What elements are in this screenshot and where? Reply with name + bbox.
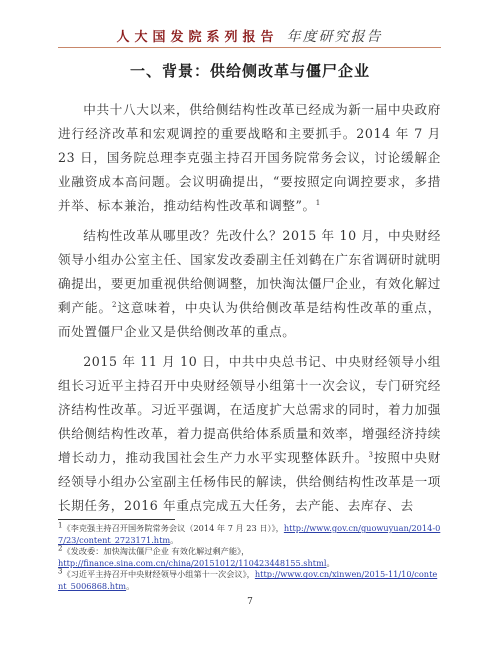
section-title: 一、背景：供给侧改革与僵尸企业 — [0, 61, 500, 81]
footnote-item: 2《发改委：加快淘汰僵尸企业 有效化解过剩产能》，http://finance.… — [58, 546, 441, 569]
footnote-link[interactable]: http://finance.sina.com.cn/china/2015101… — [58, 558, 326, 568]
footnote-text: 《发改委：加快淘汰僵尸企业 有效化解过剩产能》， — [62, 546, 249, 556]
footnote-separator — [58, 519, 175, 520]
document-page: 人大国发院系列报告年度研究报告 一、背景：供给侧改革与僵尸企业 中共十八大以来，… — [0, 0, 500, 647]
footnote-text: 《李克强主持召开国务院常务会议（2014 年 7 月 23 日）》， — [62, 523, 283, 533]
paragraph-text: 中共十八大以来，供给侧结构性改革已经成为新一届中央政府进行经济改革和宏观调控的重… — [58, 102, 441, 213]
footnote-text: 《习近平主持召开中央财经领导小组第十一次会议》， — [62, 569, 254, 579]
header-divider — [58, 47, 441, 48]
paragraph: 2015 年 11 月 10 日，中共中央总书记、中央财经领导小组组长习近平主持… — [58, 350, 441, 518]
footnote-item: 1《李克强主持召开国务院常务会议（2014 年 7 月 23 日）》，http:… — [58, 523, 441, 546]
series-title: 人大国发院系列报告 — [116, 30, 278, 45]
paragraph-text: 2015 年 11 月 10 日，中共中央总书记、中央财经领导小组组长习近平主持… — [58, 354, 441, 465]
footnote-end: 。 — [326, 558, 334, 568]
footnote-end: 。 — [170, 535, 178, 545]
body-text: 中共十八大以来，供给侧结构性改革已经成为新一届中央政府进行经济改革和宏观调控的重… — [58, 98, 441, 524]
running-header: 人大国发院系列报告年度研究报告 — [58, 29, 441, 46]
page-number: 7 — [0, 597, 500, 607]
paragraph: 中共十八大以来，供给侧结构性改革已经成为新一届中央政府进行经济改革和宏观调控的重… — [58, 98, 441, 218]
report-type-label: 年度研究报告 — [287, 29, 383, 45]
footnote-item: 3《习近平主持召开中央财经领导小组第十一次会议》，http://www.gov.… — [58, 569, 441, 592]
footnotes: 1《李克强主持召开国务院常务会议（2014 年 7 月 23 日）》，http:… — [58, 523, 441, 593]
footnote-end: 。 — [126, 581, 134, 591]
paragraph: 结构性改革从哪里改？先改什么？2015 年 10 月，中央财经领导小组办公室主任… — [58, 224, 441, 344]
footnote-ref[interactable]: 1 — [316, 199, 321, 207]
